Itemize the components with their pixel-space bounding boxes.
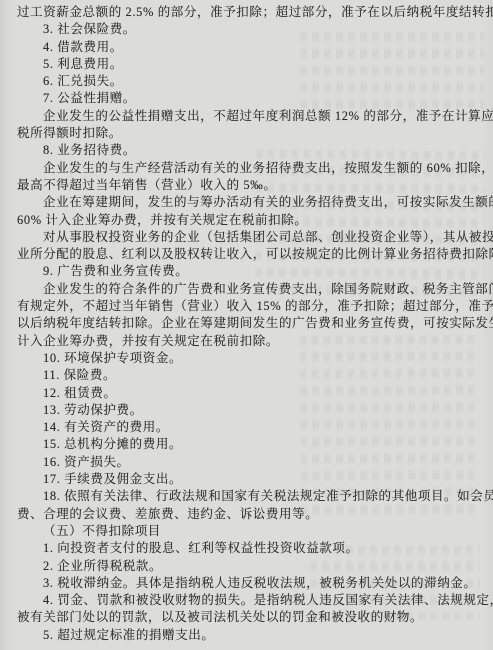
text-line: 计入企业筹办费，并按有关规定在税前扣除。 (17, 333, 479, 350)
text-line: 最高不得超过当年销售（营业）收入的 5‰。 (17, 177, 479, 194)
text-line: 税所得额时扣除。 (17, 125, 479, 142)
text-line: 5. 利息费用。 (17, 56, 479, 73)
text-line: 16. 资产损失。 (17, 454, 479, 471)
text-line: 13. 劳动保护费。 (17, 402, 479, 419)
text-line: 5. 超过规定标准的捐赠支出。 (17, 627, 479, 644)
text-line: （五）不得扣除项目 (17, 523, 479, 540)
text-line: 8. 业务招待费。 (17, 142, 479, 159)
text-line: 被有关部门处以的罚款，以及被司法机关处以的罚金和被没收的财物。 (17, 609, 479, 626)
text-line: 2. 企业所得税税款。 (17, 558, 479, 575)
text-line: 3. 税收滞纳金。具体是指纳税人违反税收法规，被税务机关处以的滞纳金。 (17, 575, 479, 592)
text-line: 业所分配的股息、红利以及股权转让收入，可以按规定的比例计算业务招待费扣除限额。 (17, 246, 479, 263)
text-line: 过工资薪金总额的 2.5% 的部分，准予扣除；超过部分，准予在以后纳税年度结转扣… (17, 4, 479, 21)
text-line: 10. 环境保护专项资金。 (17, 350, 479, 367)
text-line: 60% 计入企业筹办费，并按有关规定在税前扣除。 (17, 212, 479, 229)
text-line: 11. 保险费。 (17, 367, 479, 384)
text-line: 费、合理的会议费、差旅费、违约金、诉讼费用等。 (17, 506, 479, 523)
text-line: 9. 广告费和业务宣传费。 (17, 263, 479, 280)
text-line: 企业发生的与生产经营活动有关的业务招待费支出，按照发生额的 60% 扣除，但 (17, 160, 479, 177)
text-line: 18. 依照有关法律、行政法规和国家有关税法规定准予扣除的其他项目。如会员 (17, 488, 479, 505)
text-line: 以后纳税年度结转扣除。企业在筹建期间发生的广告费和业务宣传费，可按实际发生额 (17, 315, 479, 332)
text-line: 4. 罚金、罚款和被没收财物的损失。是指纳税人违反国家有关法律、法规规定， (17, 592, 479, 609)
text-line: 企业在筹建期间，发生的与筹办活动有关的业务招待费支出，可按实际发生额的 (17, 194, 479, 211)
text-line: 6. 汇兑损失。 (17, 73, 479, 90)
text-line: 14. 有关资产的费用。 (17, 419, 479, 436)
text-line: 企业发生的公益性捐赠支出，不超过年度利润总额 12% 的部分，准予在计算应纳 (17, 108, 479, 125)
text-line: 17. 手续费及佣金支出。 (17, 471, 479, 488)
text-line: 对从事股权投资业务的企业（包括集团公司总部、创业投资企业等），其从被投资企 (17, 229, 479, 246)
text-line: 有规定外，不超过当年销售（营业）收入 15% 的部分，准予扣除；超过部分，准予在 (17, 298, 479, 315)
text-line: 7. 公益性捐赠。 (17, 90, 479, 107)
text-line: 4. 借款费用。 (17, 39, 479, 56)
text-line: 12. 租赁费。 (17, 385, 479, 402)
text-line: 3. 社会保险费。 (17, 21, 479, 38)
text-line: 15. 总机构分摊的费用。 (17, 436, 479, 453)
scanned-document-page: 过工资薪金总额的 2.5% 的部分，准予扣除；超过部分，准予在以后纳税年度结转扣… (0, 0, 493, 650)
document-body: 过工资薪金总额的 2.5% 的部分，准予扣除；超过部分，准予在以后纳税年度结转扣… (17, 4, 479, 644)
text-line: 1. 向投资者支付的股息、红利等权益性投资收益款项。 (17, 540, 479, 557)
text-line: 企业发生的符合条件的广告费和业务宣传费支出，除国务院财政、税务主管部门另 (17, 281, 479, 298)
